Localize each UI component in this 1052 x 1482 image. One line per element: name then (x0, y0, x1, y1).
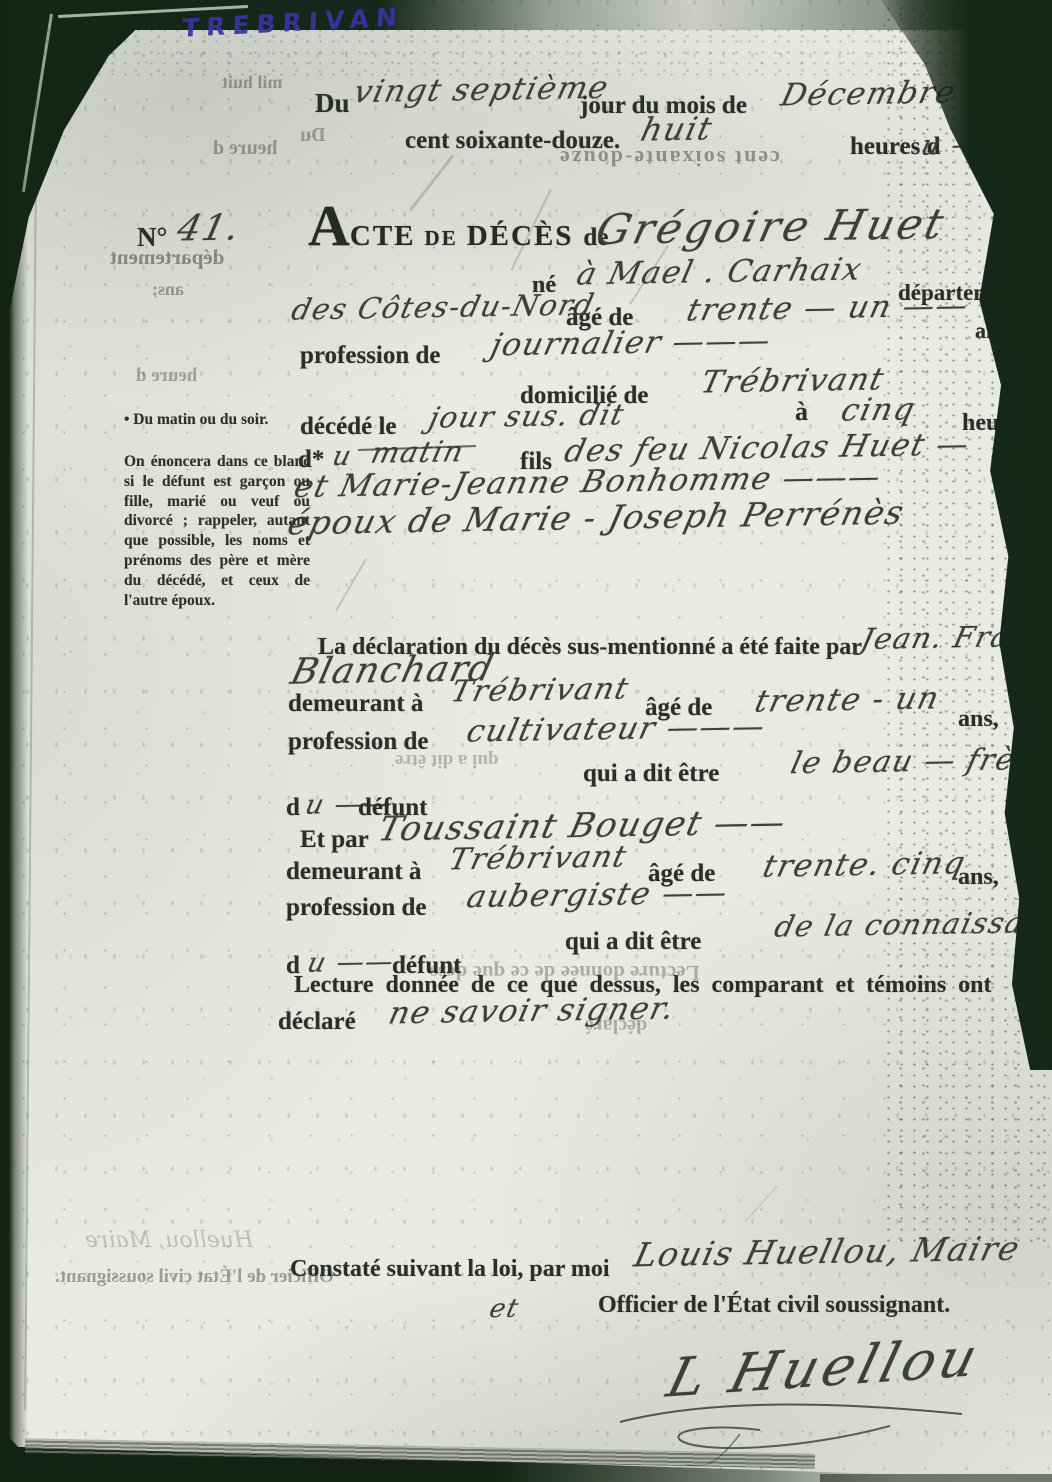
printed-year: cent soixante-douze. (405, 127, 620, 155)
printed-ans1: ans, (958, 706, 999, 733)
printed-demeurant1: demeurant à (288, 690, 423, 718)
signature-flourish (590, 1330, 990, 1470)
department-name: des Côtes-du-Nord (288, 287, 598, 326)
witness1-firstname: Jean. François (858, 618, 1052, 656)
printed-et-par: Et par (300, 826, 369, 854)
printed-profession2: profession de (286, 894, 427, 922)
act-title-deces: DÉCÈS (467, 220, 574, 253)
witness1-relation: le beau — frère (787, 742, 1052, 781)
bleed-heure-top: heure d (213, 137, 278, 160)
deceased-name: Grégoire Huet (592, 199, 952, 254)
death-day: jour sus. dit (426, 397, 629, 434)
witness2-residence: Trébrivant (446, 839, 631, 877)
witness1-age: trente - un (751, 680, 943, 719)
witness2-profession: aubergiste —— (463, 875, 732, 916)
handwritten-heures-suffix: u —— (918, 127, 1015, 162)
printed-profession-de: profession de (300, 342, 441, 370)
printed-ans2: ans, (958, 864, 999, 891)
act-title-initial: A (308, 200, 350, 252)
handwritten-hour: huit (637, 109, 716, 148)
act-title-cte: CTE (350, 220, 416, 253)
handwritten-day: vingt septième (350, 70, 613, 110)
printed-du: Du (315, 88, 350, 119)
printed-officer-title: Officier de l'État civil soussignant. (598, 1292, 950, 1319)
deceased-age: trente — un —— (683, 288, 972, 329)
printed-an: an (975, 318, 998, 344)
witness1-profession: cultivateur ——— (463, 708, 769, 749)
bleed-ans: ans; (152, 279, 184, 300)
printed-qui-a-dit2: qui a dit être (565, 928, 701, 956)
scanned-death-certificate: mil huit Du heure d cent soixante-douze … (0, 0, 1052, 1482)
death-period: matin (368, 434, 468, 470)
printed-a: à (795, 397, 808, 427)
birthplace: à Mael . Carhaix (573, 252, 866, 293)
act-number-label: N° (137, 222, 167, 253)
witness1-residence: Trébrivant (448, 671, 633, 709)
declare-statement: ne savoir signer. (385, 991, 679, 1032)
bleed-mil-huit: mil huit (222, 72, 283, 93)
printed-constate: Constaté suivant la loi, par moi (290, 1256, 610, 1283)
officer-name: Louis Huellou, Maire (631, 1229, 1025, 1275)
margin-note-asterisk: • Du matin ou du soir. (124, 410, 302, 430)
bleed-maire: Huellou, Maire (85, 1228, 253, 1253)
handwritten-month: Décembre (777, 74, 959, 113)
act-number-value: 41. (173, 207, 245, 249)
death-hour: cinq (838, 391, 920, 428)
printed-d1: d (286, 794, 300, 822)
witness2-age: trente. cinq (759, 845, 969, 885)
deceased-profession: journalier ——— (487, 323, 775, 364)
act-title-de: DE (425, 226, 458, 251)
witness2-relation: de la connaissance (771, 904, 1052, 943)
bleed-heure-left: heure d (136, 365, 197, 387)
bleed-du: Du (300, 124, 326, 147)
margin-note-body: On énoncera dans ce blanc si le défunt e… (124, 452, 310, 611)
printed-demeurant2: demeurant à (286, 858, 421, 886)
printed-qui-a-dit1: qui a dit être (583, 760, 719, 788)
act-title: ACTE DE DÉCÈS de (308, 200, 608, 253)
printed-declare: déclaré (278, 1008, 356, 1036)
printed-profession1: profession de (288, 728, 429, 756)
